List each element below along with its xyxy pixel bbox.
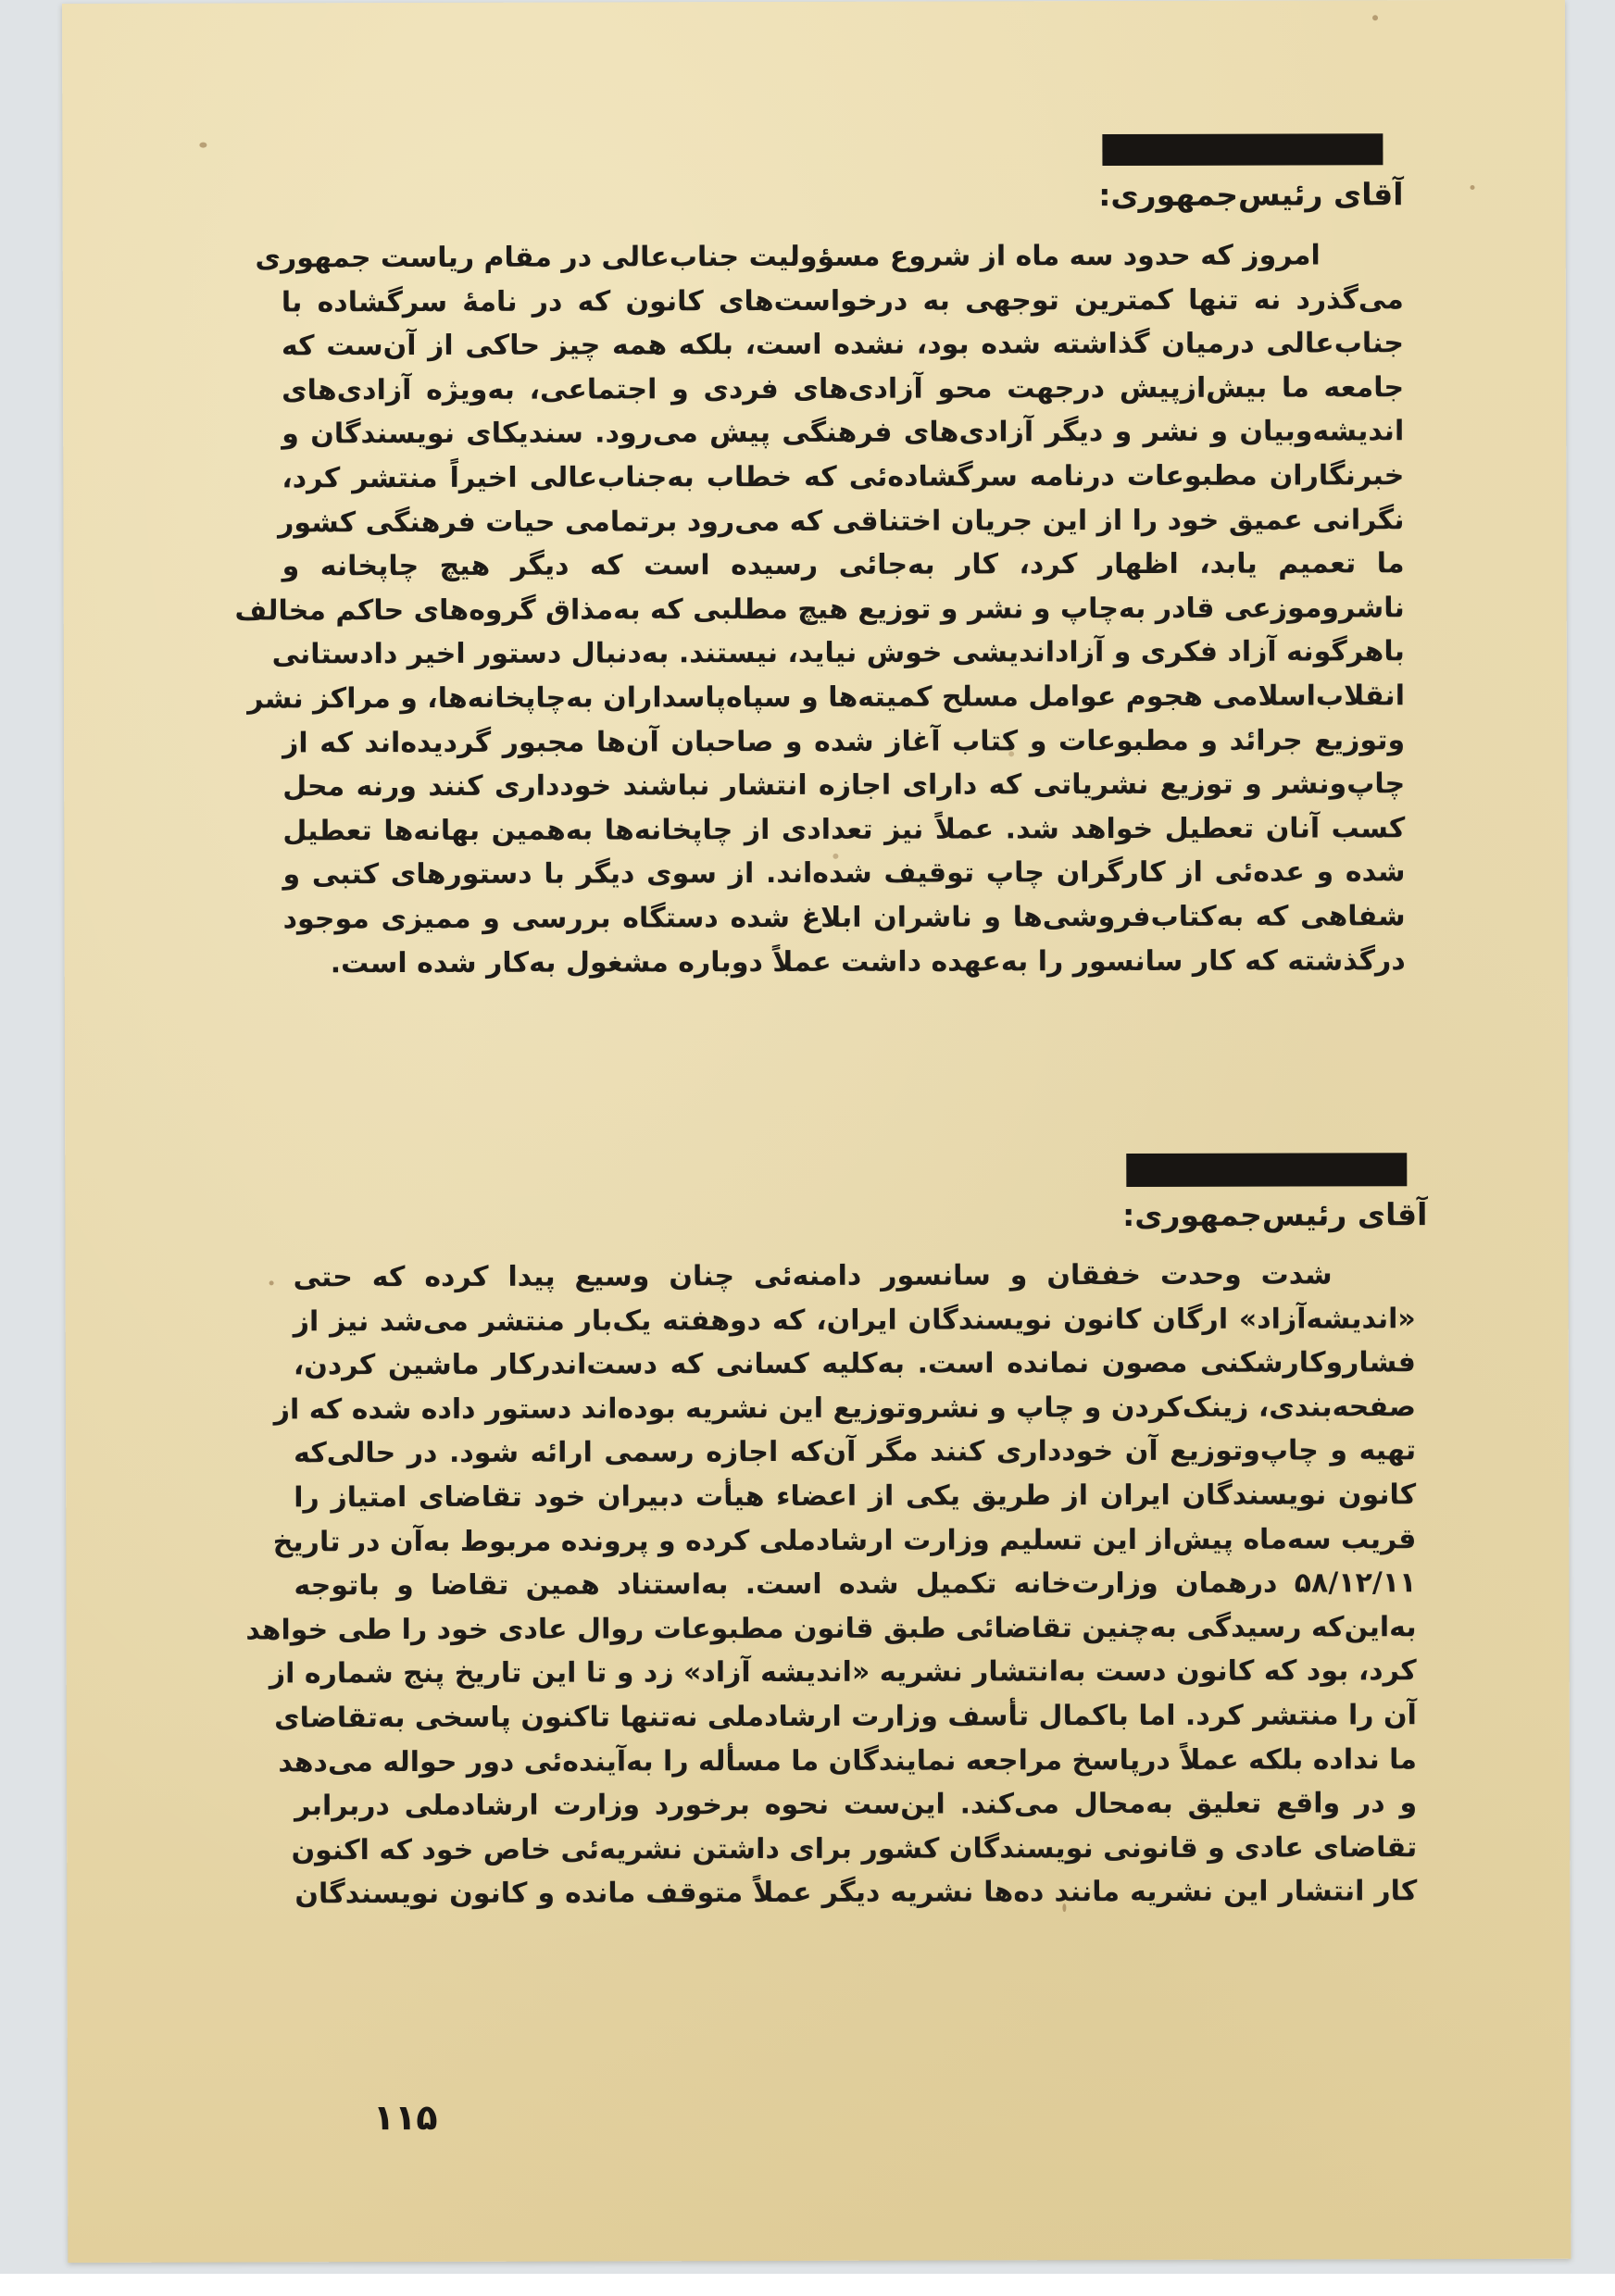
text-line: به‌این‌که رسیدگی به‌چنین تقاضائی طبق قان… — [294, 1605, 1417, 1653]
page-number: ۱۱۵ — [373, 2097, 438, 2138]
text-line: درگذشته که کار سانسور را به‌عهده داشت عم… — [283, 939, 1406, 986]
text-line: اندیشه‌وبیان و نشر و دیگر آزادی‌های فرهن… — [282, 410, 1404, 457]
text-line: تقاضای عادی و قانونی نویسندگان کشور برای… — [294, 1826, 1417, 1873]
paper-speck — [269, 1280, 274, 1285]
text-line: شده و عده‌ئی از کارگران چاپ توقیف شده‌ان… — [282, 851, 1405, 898]
paper-speck — [1471, 185, 1475, 190]
text-line: و در واقع تعلیق به‌محال می‌کند. این‌ست ن… — [294, 1781, 1417, 1828]
text-line: شفاهی که به‌کتاب‌فروشی‌ها و ناشران ابلاغ… — [283, 894, 1406, 942]
text-line: تهیه و چاپ‌وتوزیع آن خودداری کنند مگر آن… — [294, 1429, 1416, 1477]
text-line: «اندیشه‌آزاد» ارگان کانون نویسندگان ایرا… — [294, 1297, 1416, 1344]
text-line: کانون نویسندگان ایران از طریق یکی از اعض… — [294, 1473, 1416, 1520]
text-line: باهرگونه آزاد فکری و آزاداندیشی خوش نیای… — [282, 630, 1405, 678]
text-line: ما تعمیم یابد، اظهار کرد، کار به‌جائی رس… — [282, 542, 1405, 589]
text-line: کسب آنان تعطیل خواهد شد. عملاً نیز تعداد… — [282, 806, 1405, 854]
text-line: می‌گذرد نه تنها کمترین توجهی به درخواست‌… — [282, 278, 1404, 325]
text-line: فشاروکارشکنی مصون نمانده است. به‌کلیه کس… — [294, 1341, 1416, 1388]
paragraph-1: امروز که حدود سه ماه از شروع مسؤولیت جنا… — [282, 233, 1406, 985]
text-line: انقلاب‌اسلامی هجوم عوامل مسلح کمیته‌ها و… — [282, 674, 1405, 721]
text-line: صفحه‌بندی، زینک‌کردن و چاپ و نشروتوزیع ا… — [294, 1385, 1416, 1432]
scanner-bottom-margin — [0, 2274, 1615, 2296]
text-line: چاپ‌ونشر و توزیع نشریاتی که دارای اجازه … — [282, 762, 1405, 809]
text-line: ما نداده بلکه عملاً درپاسخ مراجعه نمایند… — [294, 1738, 1417, 1785]
paragraph-2: شدت وحدت خفقان و سانسور دامنه‌ئی چنان وس… — [294, 1253, 1418, 1916]
redaction-bar — [1126, 1153, 1407, 1187]
text-line: قریب سه‌ماه پیش‌از این تسلیم وزارت ارشاد… — [294, 1517, 1416, 1565]
paper-speck — [199, 143, 207, 148]
text-line: امروز که حدود سه ماه از شروع مسؤولیت جنا… — [282, 233, 1404, 281]
paper-speck — [1372, 15, 1378, 20]
text-line: جامعه ما بیش‌ازپیش درجهت محو آزادی‌های ف… — [282, 366, 1404, 413]
text-line: آن را منتشر کرد. اما باکمال تأسف وزارت ا… — [294, 1693, 1417, 1741]
text-line: کار انتشار این نشریه مانند ده‌ها نشریه د… — [294, 1869, 1417, 1916]
salutation-heading: آقای رئیس‌جمهوری: — [1122, 1194, 1427, 1236]
text-line: ناشروموزعی قادر به‌چاپ و نشر و توزیع هیچ… — [282, 586, 1405, 633]
text-line: وتوزیع جرائد و مطبوعات و کتاب آغاز شده و… — [282, 718, 1405, 766]
redaction-bar — [1102, 133, 1383, 166]
text-line: شدت وحدت خفقان و سانسور دامنه‌ئی چنان وس… — [294, 1253, 1416, 1300]
salutation-heading: آقای رئیس‌جمهوری: — [1098, 174, 1403, 216]
text-line: نگرانی عمیق خود را از این جریان اختناقی … — [282, 498, 1404, 545]
text-line: ۵۸/۱۲/۱۱ درهمان وزارت‌خانه تکمیل شده است… — [294, 1561, 1416, 1608]
text-line: خبرنگاران مطبوعات درنامه سرگشاده‌ئی که خ… — [282, 454, 1404, 501]
text-line: کرد، بود که کانون دست به‌انتشار نشریه «ا… — [294, 1650, 1417, 1697]
scanned-page: آقای رئیس‌جمهوری: امروز که حدود سه ماه ا… — [62, 0, 1571, 2263]
text-line: جناب‌عالی درمیان گذاشته شده بود، نشده اس… — [282, 321, 1404, 368]
